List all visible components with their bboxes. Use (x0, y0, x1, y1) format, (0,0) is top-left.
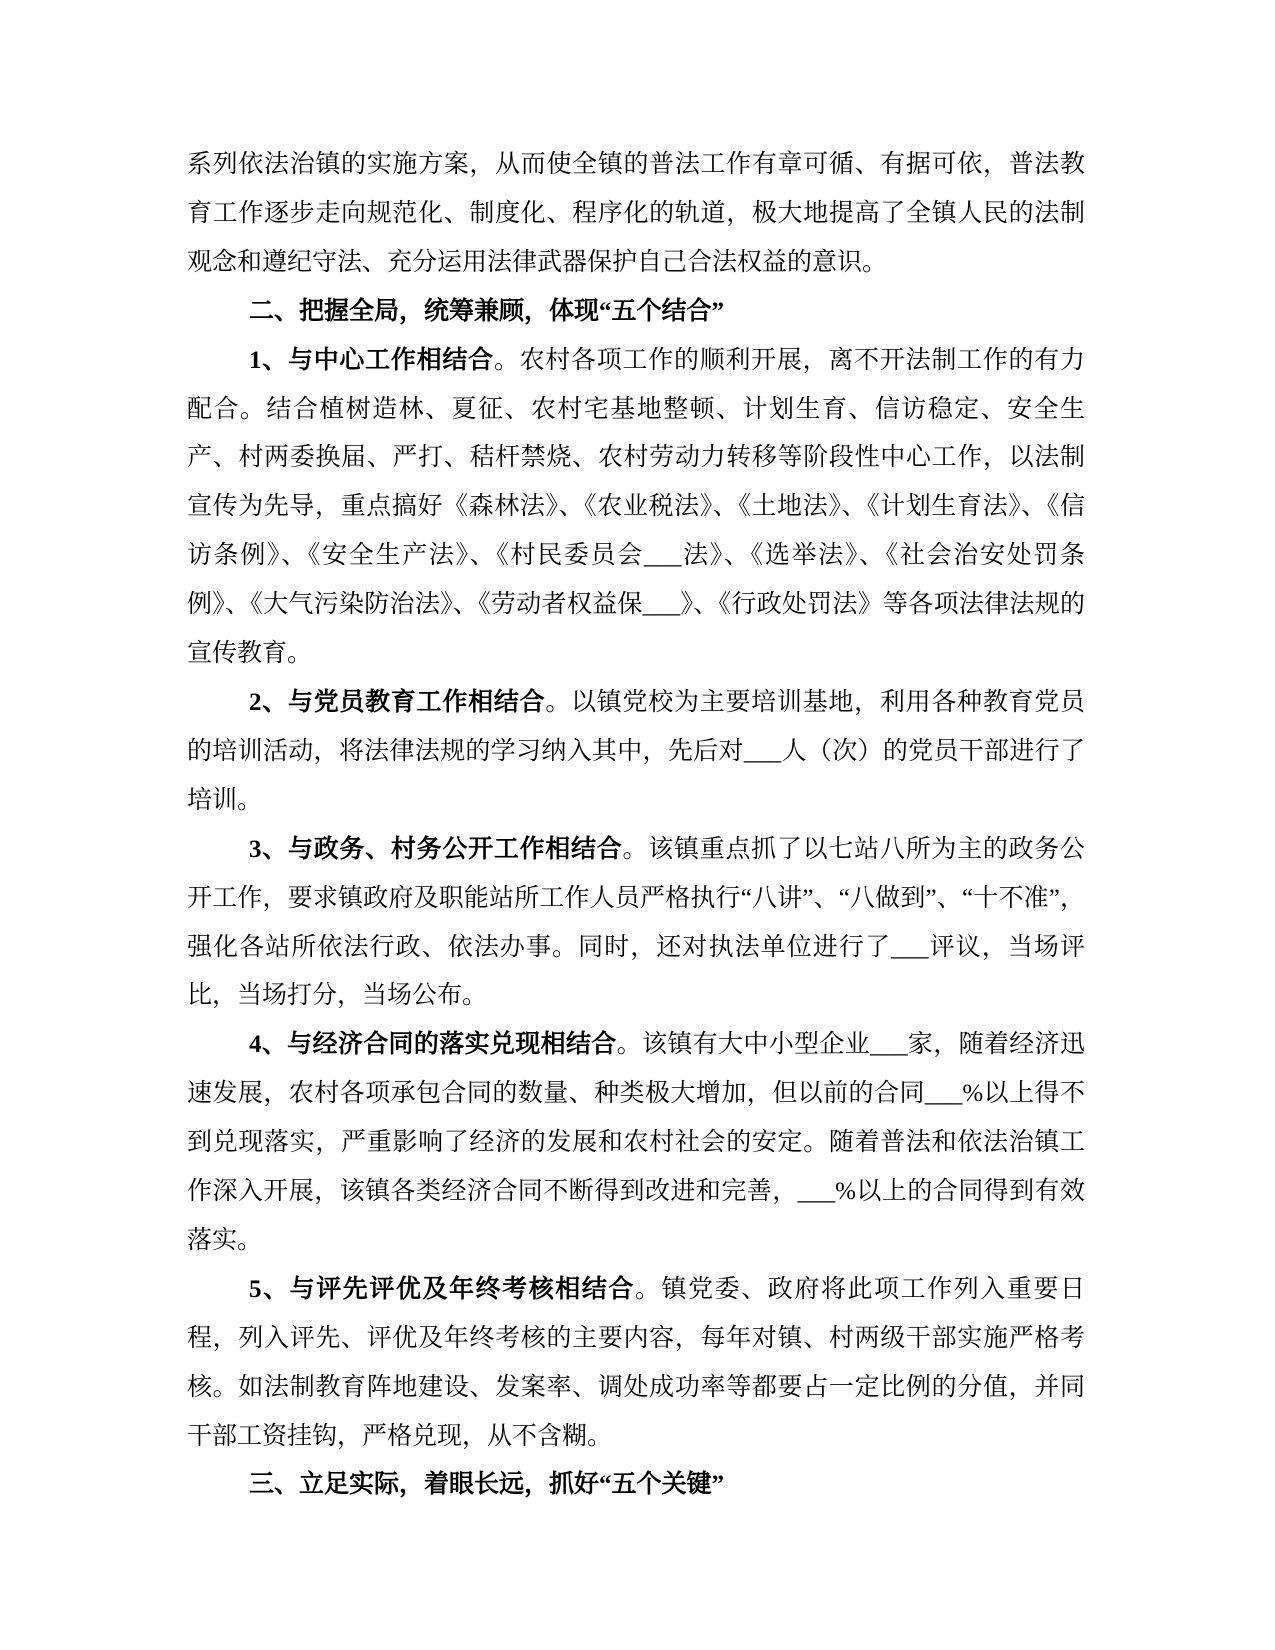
section-heading: 二、把握全局，统筹兼顾，体现“五个结合” (187, 288, 1085, 337)
paragraph: 系列依法治镇的实施方案，从而使全镇的普法工作有章可循、有据可依，普法教育工作逐步… (187, 141, 1085, 288)
numbered-paragraph: 4、与经济合同的落实兑现相结合。该镇有大中小型企业___家，随着经济迅速发展，农… (187, 1021, 1085, 1266)
numbered-paragraph: 2、与党员教育工作相结合。以镇党校为主要培训基地，利用各种教育党员的培训活动，将… (187, 679, 1085, 826)
document-body: 系列依法治镇的实施方案，从而使全镇的普法工作有章可循、有据可依，普法教育工作逐步… (187, 141, 1085, 1510)
text-segment: 。农村各项工作的顺利开展，离不开法制工作的有力配合。结合植树造林、夏征、农村宅基… (187, 347, 1085, 667)
bold-text-segment: 5、与评先评优及年终考核相结合 (249, 1276, 635, 1303)
bold-text-segment: 三、立足实际，着眼长远，抓好“五个关键” (249, 1471, 724, 1498)
numbered-paragraph: 1、与中心工作相结合。农村各项工作的顺利开展，离不开法制工作的有力配合。结合植树… (187, 337, 1085, 679)
text-segment: 系列依法治镇的实施方案，从而使全镇的普法工作有章可循、有据可依，普法教育工作逐步… (187, 151, 1085, 276)
bold-text-segment: 二、把握全局，统筹兼顾，体现“五个结合” (249, 298, 724, 325)
bold-text-segment: 1、与中心工作相结合 (249, 347, 494, 374)
section-heading: 三、立足实际，着眼长远，抓好“五个关键” (187, 1461, 1085, 1510)
text-segment: 。该镇有大中小型企业___家，随着经济迅速发展，农村各项承包合同的数量、种类极大… (187, 1031, 1085, 1254)
bold-text-segment: 2、与党员教育工作相结合 (249, 689, 545, 716)
numbered-paragraph: 5、与评先评优及年终考核相结合。镇党委、政府将此项工作列入重要日程，列入评先、评… (187, 1266, 1085, 1462)
bold-text-segment: 4、与经济合同的落实兑现相结合 (249, 1031, 617, 1058)
numbered-paragraph: 3、与政务、村务公开工作相结合。该镇重点抓了以七站八所为主的政务公开工作，要求镇… (187, 826, 1085, 1022)
document-page: 系列依法治镇的实施方案，从而使全镇的普法工作有章可循、有据可依，普法教育工作逐步… (0, 0, 1275, 1650)
bold-text-segment: 3、与政务、村务公开工作相结合 (249, 836, 623, 863)
